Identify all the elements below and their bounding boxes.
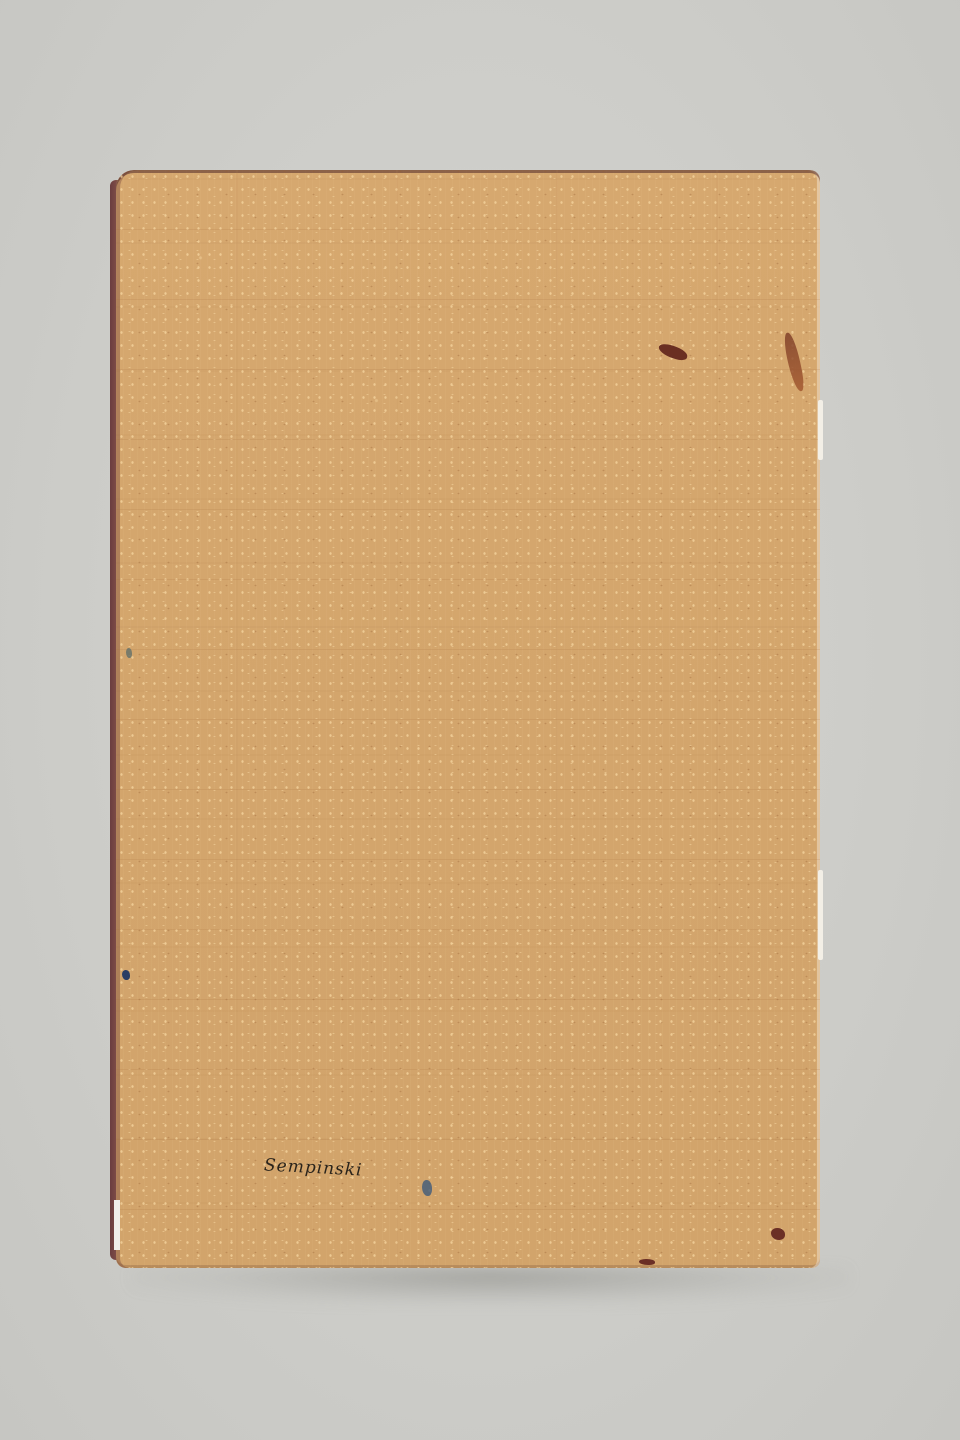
panel-shadow — [130, 1265, 850, 1305]
blue-paint-spot — [122, 970, 130, 980]
painted-panel-back: Sempinski — [116, 170, 820, 1268]
brush-strokes — [116, 170, 820, 1268]
paint-stain — [771, 1228, 785, 1240]
blue-paint-spot — [422, 1180, 432, 1196]
paint-stain — [639, 1259, 655, 1265]
white-edge — [114, 1200, 120, 1250]
white-edge — [818, 400, 823, 460]
paint-spot — [126, 648, 132, 658]
white-edge — [818, 870, 823, 960]
